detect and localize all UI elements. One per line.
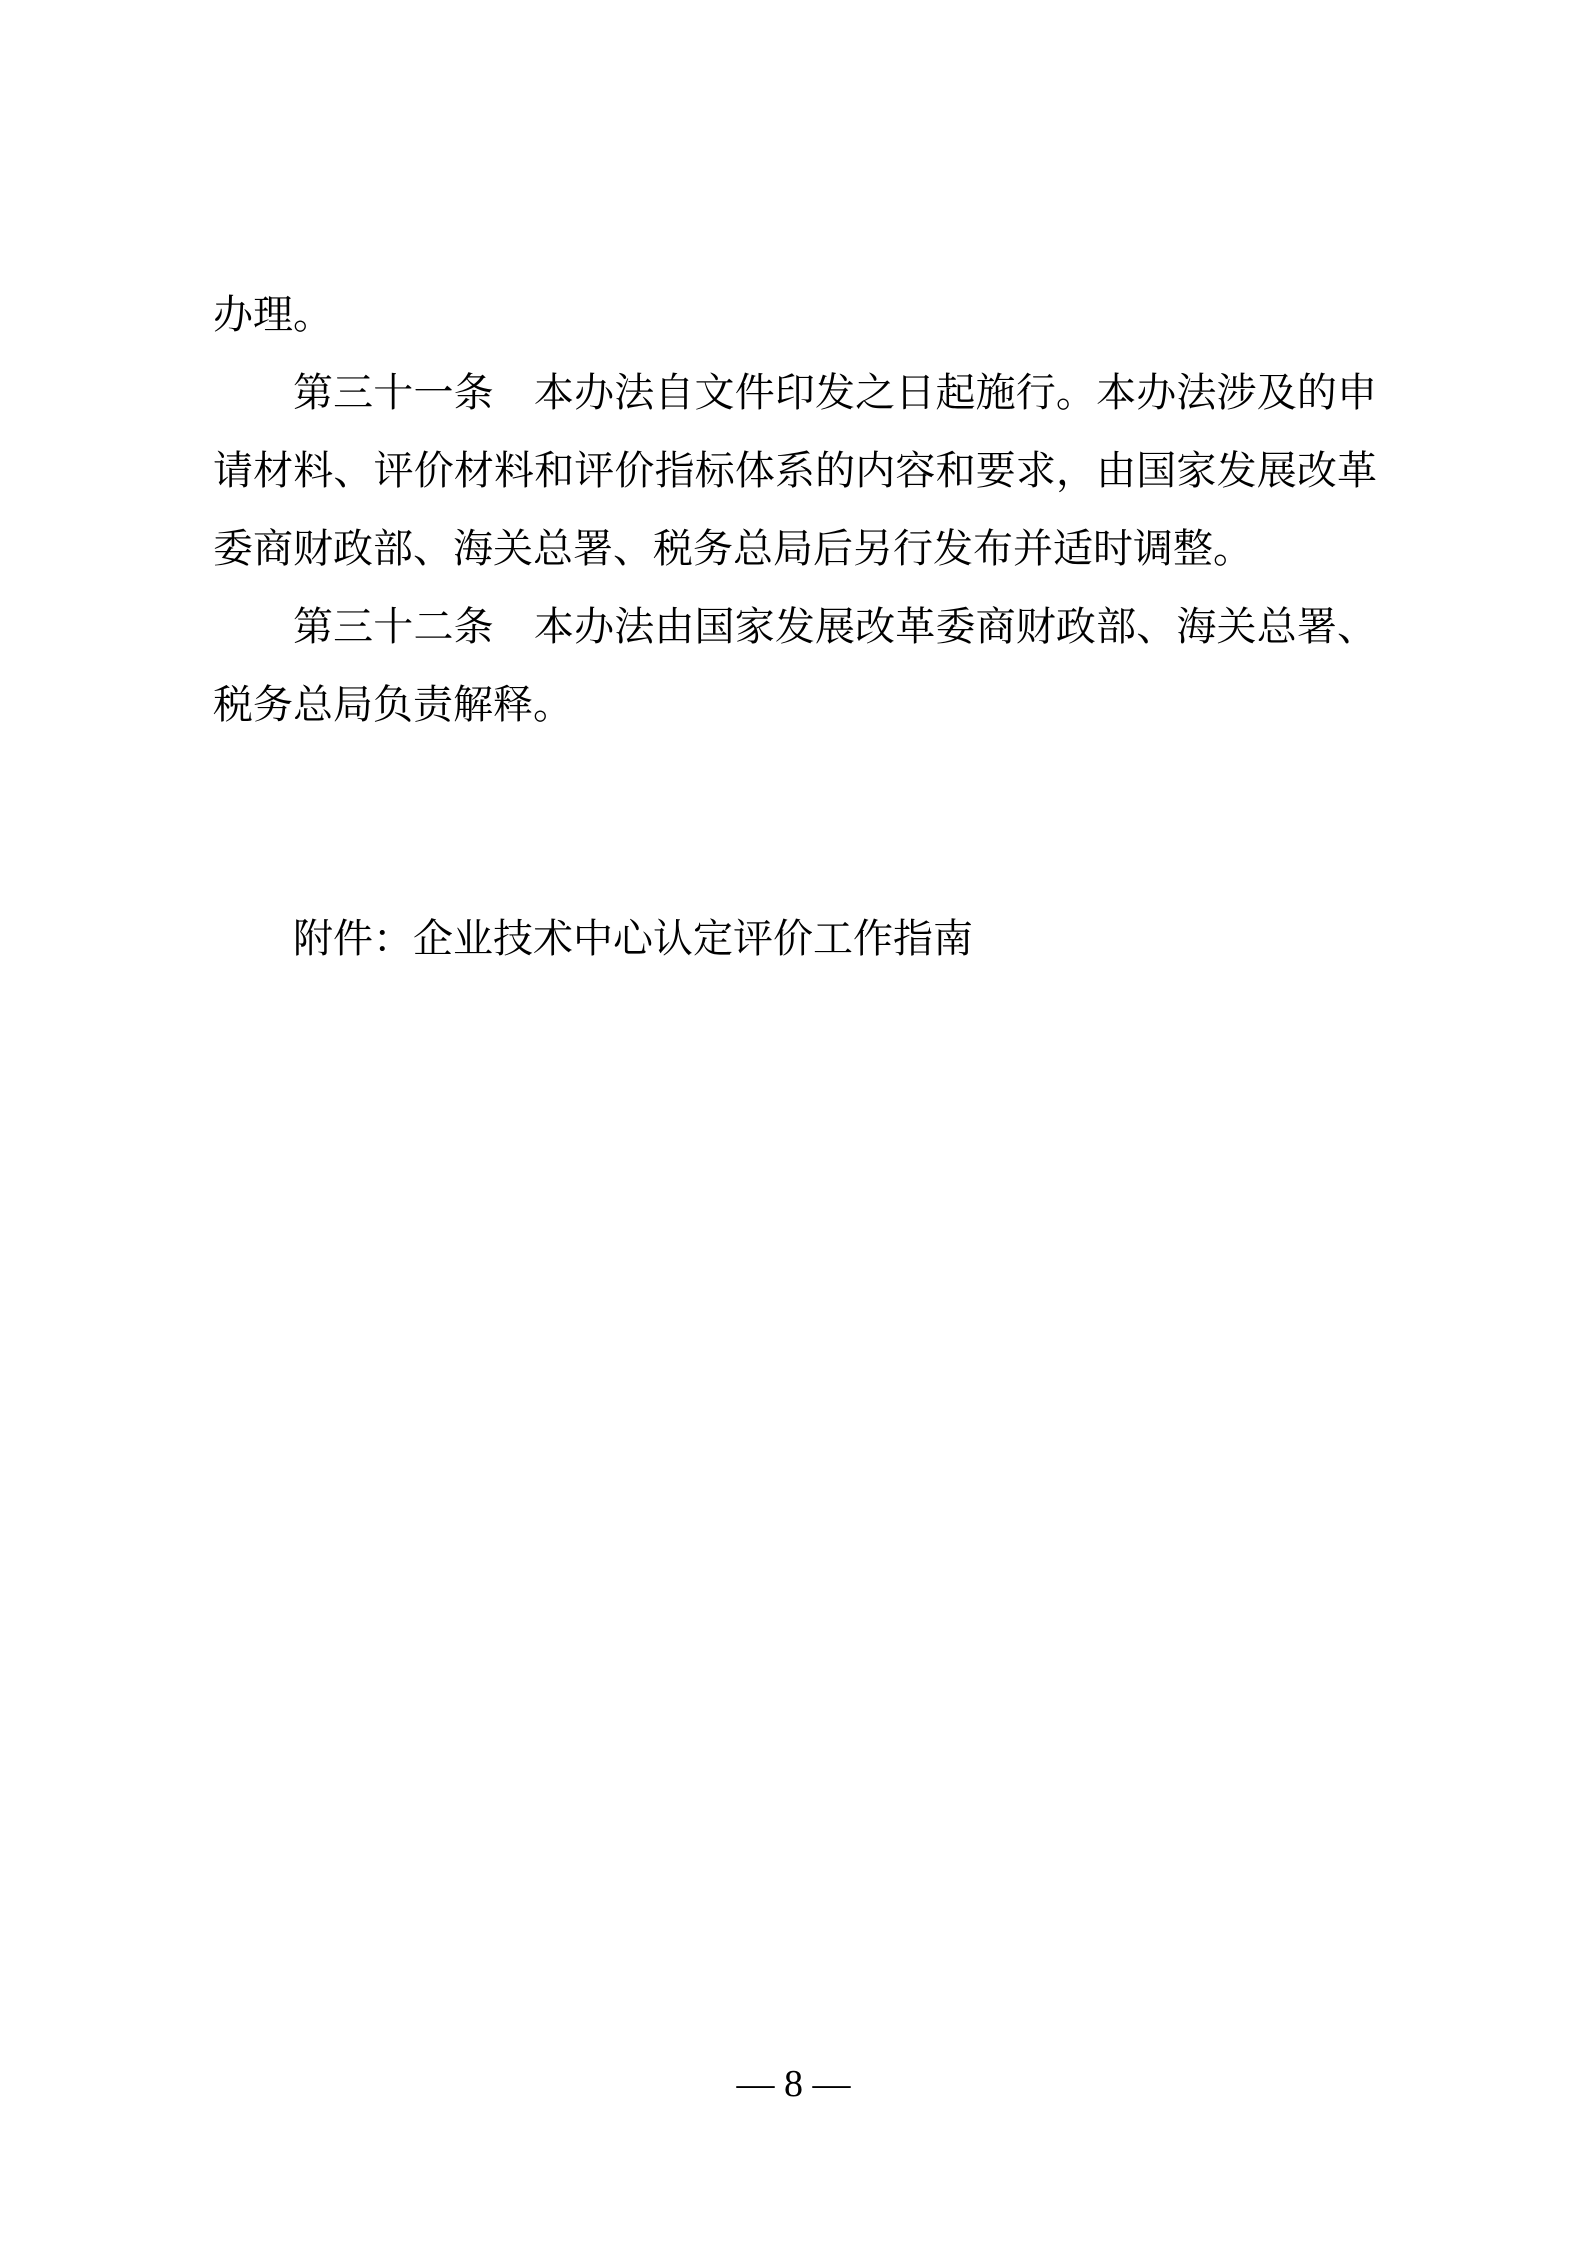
document-page: 办理。 第三十一条 本办法自文件印发之日起施行。本办法涉及的申请材料、评价材料和… xyxy=(0,0,1587,2245)
page-footer: — 8 — xyxy=(0,2062,1587,2106)
page-number: — 8 — xyxy=(737,2063,851,2105)
paragraph-continuation: 办理。 xyxy=(213,276,1377,354)
attachment-note: 附件：企业技术中心认定评价工作指南 xyxy=(213,900,1377,978)
document-body: 办理。 第三十一条 本办法自文件印发之日起施行。本办法涉及的申请材料、评价材料和… xyxy=(213,276,1377,978)
paragraph-article-32: 第三十二条 本办法由国家发展改革委商财政部、海关总署、税务总局负责解释。 xyxy=(213,588,1377,744)
paragraph-article-31: 第三十一条 本办法自文件印发之日起施行。本办法涉及的申请材料、评价材料和评价指标… xyxy=(213,354,1377,588)
